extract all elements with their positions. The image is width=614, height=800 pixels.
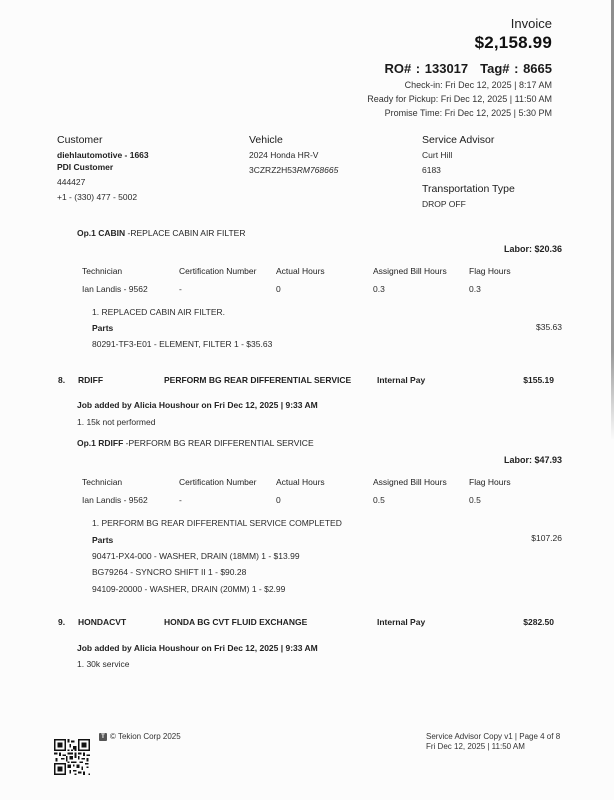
vin-suffix: RM768665 [297,165,339,175]
part-item: 90471-PX4-000 - WASHER, DRAIN (18MM) 1 -… [92,551,300,561]
invoice-header: Invoice $2,158.99 RO# : 133017Tag# : 866… [367,16,552,118]
job-concern: 1. 15k not performed [77,417,155,427]
parts-label-rdiff: Parts [92,535,113,545]
job-concern: 1. 30k service [77,659,129,669]
tekion-logo-icon: T [99,733,107,741]
invoice-title: Invoice [367,16,552,31]
parts-total-cabin: $35.63 [536,322,562,332]
technician-table-header: Technician Certification Number Actual H… [82,477,502,495]
customer-label: Customer [57,134,149,146]
customer-phone: +1 - (330) 477 - 5002 [57,192,149,202]
ready-for-pickup-time: Ready for Pickup: Fri Dec 12, 2025 | 11:… [367,94,552,104]
check-in-time: Check-in: Fri Dec 12, 2025 | 8:17 AM [367,80,552,90]
promise-time: Promise Time: Fri Dec 12, 2025 | 5:30 PM [367,108,552,118]
labor-total-rdiff: Labor: $47.93 [504,455,562,465]
ro-tag-line: RO# : 133017Tag# : 8665 [367,61,552,76]
job-row-8: 8. RDIFF PERFORM BG REAR DIFFERENTIAL SE… [58,375,554,389]
part-item: 94109-20000 - WASHER, DRAIN (20MM) 1 - $… [92,584,285,594]
op-line-cabin: Op.1 CABIN -REPLACE CABIN AIR FILTER [77,228,245,238]
part-item: BG79264 - SYNCRO SHIFT II 1 - $90.28 [92,567,246,577]
table-row: Ian Landis - 9562 - 0 0.5 0.5 [82,495,502,513]
job-row-9: 9. HONDACVT HONDA BG CVT FLUID EXCHANGE … [58,617,554,631]
job-added-by: Job added by Alicia Houshour on Fri Dec … [77,643,318,653]
technician-table-rdiff: Technician Certification Number Actual H… [82,477,502,513]
transportation-value: DROP OFF [422,199,515,209]
work-note-cabin: 1. REPLACED CABIN AIR FILTER. [92,307,225,317]
service-advisor-block: Service Advisor Curt Hill 6183 Transport… [422,134,515,209]
invoice-total: $2,158.99 [367,33,552,53]
job-amount: $155.19 [523,375,554,385]
footer-copyright: T © Tekion Corp 2025 [99,732,181,741]
copyright-text: © Tekion Corp 2025 [110,732,181,741]
technician-table-cabin: Technician Certification Number Actual H… [82,266,502,302]
part-item: 80291-TF3-E01 - ELEMENT, FILTER 1 - $35.… [92,339,272,349]
job-code: HONDACVT [78,617,126,627]
ro-number: RO# : 133017 [384,61,468,76]
customer-block: Customer diehlautomotive - 1663 PDI Cust… [57,134,149,202]
copy-page-info: Service Advisor Copy v1 | Page 4 of 8 [426,732,560,742]
service-advisor-name: Curt Hill [422,150,515,160]
pay-type: Internal Pay [377,617,425,627]
labor-total-cabin: Labor: $20.36 [504,244,562,254]
customer-id: 444427 [57,177,149,187]
job-description: HONDA BG CVT FLUID EXCHANGE [164,617,307,627]
job-code: RDIFF [78,375,103,385]
job-amount: $282.50 [523,617,554,627]
service-advisor-label: Service Advisor [422,134,515,146]
qr-code [54,739,90,775]
vehicle-model: 2024 Honda HR-V [249,150,338,160]
vehicle-vin: 3CZRZ2H53RM768665 [249,165,338,175]
job-description: PERFORM BG REAR DIFFERENTIAL SERVICE [164,375,351,385]
customer-name: diehlautomotive - 1663 [57,150,149,160]
vehicle-label: Vehicle [249,134,338,146]
footer-page-info: Service Advisor Copy v1 | Page 4 of 8 Fr… [426,732,560,752]
vin-prefix: 3CZRZ2H53 [249,165,297,175]
service-advisor-id: 6183 [422,165,515,175]
pay-type: Internal Pay [377,375,425,385]
op-line-rdiff: Op.1 RDIFF -PERFORM BG REAR DIFFERENTIAL… [77,438,314,448]
customer-type: PDI Customer [57,162,149,172]
job-added-by: Job added by Alicia Houshour on Fri Dec … [77,400,318,410]
transportation-label: Transportation Type [422,183,515,195]
work-note-rdiff: 1. PERFORM BG REAR DIFFERENTIAL SERVICE … [92,518,342,528]
tag-number: Tag# : 8665 [480,61,552,76]
table-row: Ian Landis - 9562 - 0 0.3 0.3 [82,284,502,302]
parts-label-cabin: Parts [92,323,113,333]
parts-total-rdiff: $107.26 [531,533,562,543]
vehicle-block: Vehicle 2024 Honda HR-V 3CZRZ2H53RM76866… [249,134,338,175]
printed-timestamp: Fri Dec 12, 2025 | 11:50 AM [426,742,560,752]
technician-table-header: Technician Certification Number Actual H… [82,266,502,284]
